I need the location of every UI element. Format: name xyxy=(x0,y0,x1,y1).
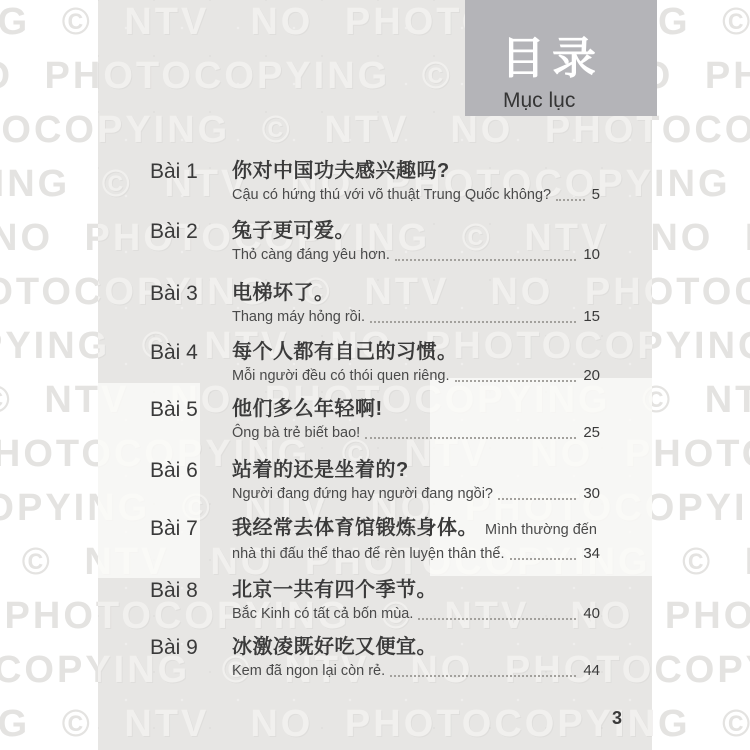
dotted-leader xyxy=(418,618,576,620)
dotted-leader xyxy=(370,321,576,323)
lesson-subtitle-line: Người đang đứng hay người đang ngồi? 30 xyxy=(232,485,600,503)
lesson-body: 他们多么年轻啊! Ông bà trẻ biết bao! 25 xyxy=(232,397,600,442)
lesson-subtitle-inline: Mình thường đến xyxy=(485,522,597,538)
lesson-title-chinese: 兔子更可爱。 xyxy=(232,220,355,242)
lesson-subtitle-vietnamese: Ông bà trẻ biết bao! xyxy=(232,424,360,442)
lesson-subtitle-line: Ông bà trẻ biết bao! 25 xyxy=(232,424,600,442)
dotted-leader xyxy=(390,675,576,677)
lesson-subtitle-line: Mỗi người đều có thói quen riêng. 20 xyxy=(232,367,600,385)
dotted-leader xyxy=(498,498,576,500)
toc-entry: Bài 6 站着的还是坐着的? Người đang đứng hay ngườ… xyxy=(150,458,600,503)
lesson-subtitle-vietnamese: Thỏ càng đáng yêu hơn. xyxy=(232,246,390,264)
lesson-body: 站着的还是坐着的? Người đang đứng hay người đang… xyxy=(232,458,600,503)
lesson-label: Bài 4 xyxy=(150,340,232,385)
toc-entry: Bài 8 北京一共有四个季节。 Bắc Kinh có tất cả bốn … xyxy=(150,578,600,623)
lesson-title-line: 我经常去体育馆锻炼身体。Mình thường đến xyxy=(232,516,600,543)
lesson-label: Bài 9 xyxy=(150,635,232,680)
toc-entry: Bài 2 兔子更可爱。 Thỏ càng đáng yêu hơn. 10 xyxy=(150,219,600,264)
lesson-title-line: 他们多么年轻啊! xyxy=(232,397,600,422)
toc-title-vietnamese: Mục lục xyxy=(503,90,575,112)
lesson-title-line: 冰激凌既好吃又便宜。 xyxy=(232,635,600,660)
lesson-label: Bài 5 xyxy=(150,397,232,442)
dotted-leader xyxy=(455,380,577,382)
lesson-page-number: 25 xyxy=(583,424,600,442)
toc-title-chinese: 目录 xyxy=(501,36,603,82)
lesson-title-chinese: 他们多么年轻啊! xyxy=(232,398,383,420)
toc-header: 目录 Mục lục xyxy=(465,0,657,116)
lesson-body: 兔子更可爱。 Thỏ càng đáng yêu hơn. 10 xyxy=(232,219,600,264)
lesson-body: 冰激凌既好吃又便宜。 Kem đã ngon lại còn rẻ. 44 xyxy=(232,635,600,680)
lesson-subtitle-vietnamese: Cậu có hứng thú với võ thuật Trung Quốc … xyxy=(232,186,551,204)
toc-page: NO PHOTOCOPYING © NTV NO PHOTOCOPYING © … xyxy=(0,0,750,750)
lesson-body: 电梯坏了。 Thang máy hỏng rồi. 15 xyxy=(232,281,600,326)
lesson-label: Bài 1 xyxy=(150,159,232,204)
lesson-subtitle-vietnamese: Bắc Kinh có tất cả bốn mùa. xyxy=(232,605,413,623)
lesson-page-number: 15 xyxy=(583,308,600,326)
toc-entry: Bài 1 你对中国功夫感兴趣吗? Cậu có hứng thú với võ… xyxy=(150,159,600,204)
lesson-title-line: 电梯坏了。 xyxy=(232,281,600,306)
toc-entry: Bài 5 他们多么年轻啊! Ông bà trẻ biết bao! 25 xyxy=(150,397,600,442)
lesson-subtitle-vietnamese: Mỗi người đều có thói quen riêng. xyxy=(232,367,450,385)
lesson-page-number: 34 xyxy=(583,545,600,563)
lesson-label: Bài 3 xyxy=(150,281,232,326)
lesson-subtitle-line: Bắc Kinh có tất cả bốn mùa. 40 xyxy=(232,605,600,623)
lesson-subtitle-vietnamese: Người đang đứng hay người đang ngồi? xyxy=(232,485,493,503)
lesson-label: Bài 7 xyxy=(150,516,232,563)
lesson-subtitle-line: nhà thi đấu thể thao để rèn luyện thân t… xyxy=(232,545,600,563)
lesson-title-chinese: 站着的还是坐着的? xyxy=(232,459,409,481)
lesson-subtitle-vietnamese: Thang máy hỏng rồi. xyxy=(232,308,365,326)
page-number: 3 xyxy=(590,708,622,728)
lesson-subtitle-line: Kem đã ngon lại còn rẻ. 44 xyxy=(232,662,600,680)
lesson-body: 北京一共有四个季节。 Bắc Kinh có tất cả bốn mùa. 4… xyxy=(232,578,600,623)
toc-entry: Bài 3 电梯坏了。 Thang máy hỏng rồi. 15 xyxy=(150,281,600,326)
lesson-title-line: 站着的还是坐着的? xyxy=(232,458,600,483)
lesson-label: Bài 8 xyxy=(150,578,232,623)
toc-entry: Bài 9 冰激凌既好吃又便宜。 Kem đã ngon lại còn rẻ.… xyxy=(150,635,600,680)
lesson-subtitle-line: Cậu có hứng thú với võ thuật Trung Quốc … xyxy=(232,186,600,204)
dotted-leader xyxy=(395,259,576,261)
dotted-leader xyxy=(510,558,577,560)
lesson-title-line: 北京一共有四个季节。 xyxy=(232,578,600,603)
lesson-title-chinese: 冰激凌既好吃又便宜。 xyxy=(232,636,437,658)
lesson-title-chinese: 你对中国功夫感兴趣吗? xyxy=(232,160,450,182)
lesson-label: Bài 6 xyxy=(150,458,232,503)
lesson-label: Bài 2 xyxy=(150,219,232,264)
lesson-title-chinese: 北京一共有四个季节。 xyxy=(232,579,437,601)
lesson-body: 我经常去体育馆锻炼身体。Mình thường đến nhà thi đấu … xyxy=(232,516,600,563)
lesson-subtitle-line: Thang máy hỏng rồi. 15 xyxy=(232,308,600,326)
watermark-text: NO PHOTOCOPYING © NTV NO PHOTOCOPYING © … xyxy=(98,110,652,150)
lesson-page-number: 44 xyxy=(583,662,600,680)
watermark-text: NO PHOTOCOPYING © NTV NO PHOTOCOPYING © … xyxy=(98,704,652,744)
lesson-page-number: 10 xyxy=(583,246,600,264)
lesson-title-line: 兔子更可爱。 xyxy=(232,219,600,244)
lesson-subtitle-vietnamese: Kem đã ngon lại còn rẻ. xyxy=(232,662,385,680)
dotted-leader xyxy=(556,199,585,201)
lesson-title-line: 你对中国功夫感兴趣吗? xyxy=(232,159,600,184)
lesson-subtitle-vietnamese: nhà thi đấu thể thao để rèn luyện thân t… xyxy=(232,545,505,563)
toc-entry: Bài 4 每个人都有自己的习惯。 Mỗi người đều có thói … xyxy=(150,340,600,385)
toc-entry: Bài 7 我经常去体育馆锻炼身体。Mình thường đến nhà th… xyxy=(150,516,600,563)
lesson-subtitle-line: Thỏ càng đáng yêu hơn. 10 xyxy=(232,246,600,264)
dotted-leader xyxy=(365,437,576,439)
lesson-page-number: 20 xyxy=(583,367,600,385)
lesson-title-chinese: 我经常去体育馆锻炼身体。 xyxy=(232,517,478,539)
lesson-title-chinese: 电梯坏了。 xyxy=(232,282,335,304)
lesson-title-line: 每个人都有自己的习惯。 xyxy=(232,340,600,365)
lesson-page-number: 5 xyxy=(592,186,600,204)
lesson-page-number: 30 xyxy=(583,485,600,503)
lesson-page-number: 40 xyxy=(583,605,600,623)
lesson-title-chinese: 每个人都有自己的习惯。 xyxy=(232,341,458,363)
lesson-body: 每个人都有自己的习惯。 Mỗi người đều có thói quen r… xyxy=(232,340,600,385)
lesson-body: 你对中国功夫感兴趣吗? Cậu có hứng thú với võ thuật… xyxy=(232,159,600,204)
